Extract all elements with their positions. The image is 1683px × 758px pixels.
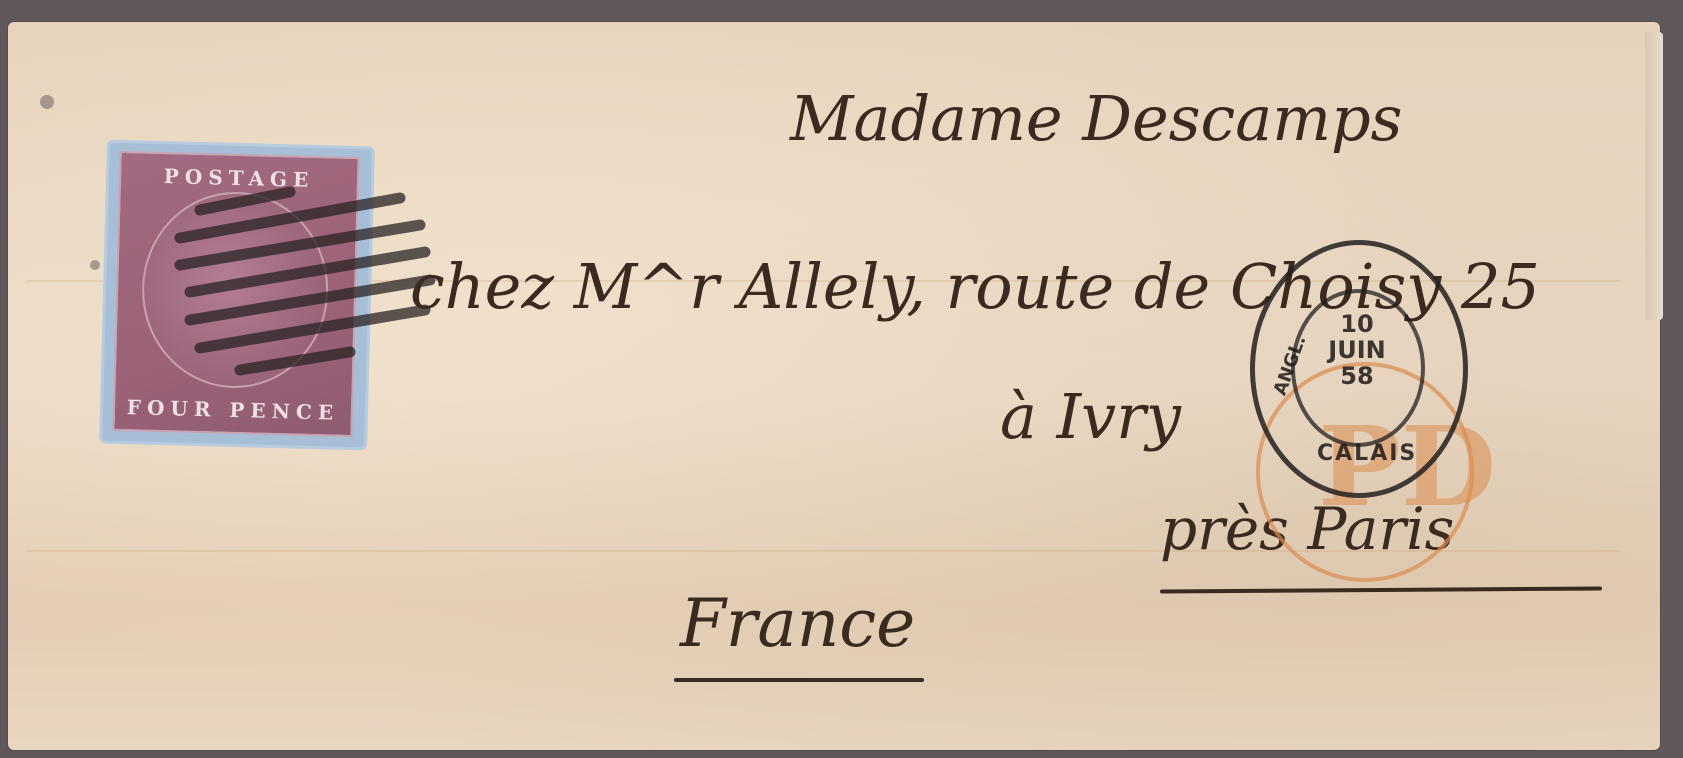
postmark-town: CALAIS [1317, 441, 1417, 466]
cancellation-bars-icon [150, 170, 450, 390]
country-underline [674, 678, 924, 682]
postmark-year: 58 [1313, 363, 1401, 389]
postmark-date: 10 JUIN 58 [1313, 311, 1401, 389]
address-town: à Ivry [1000, 380, 1181, 453]
paper-stain [40, 95, 54, 109]
paper-stain [90, 260, 100, 270]
postmark-month: JUIN [1313, 337, 1401, 363]
envelope-flap [1645, 32, 1663, 320]
postmark-day: 10 [1313, 311, 1401, 337]
calais-date-postmark: 10 JUIN 58 ANGL. CALAIS [1250, 240, 1468, 498]
addressee-name: Madame Descamps [790, 82, 1403, 155]
address-country: France [680, 585, 915, 662]
stamp-bottom-text: FOUR PENCE [115, 395, 352, 425]
